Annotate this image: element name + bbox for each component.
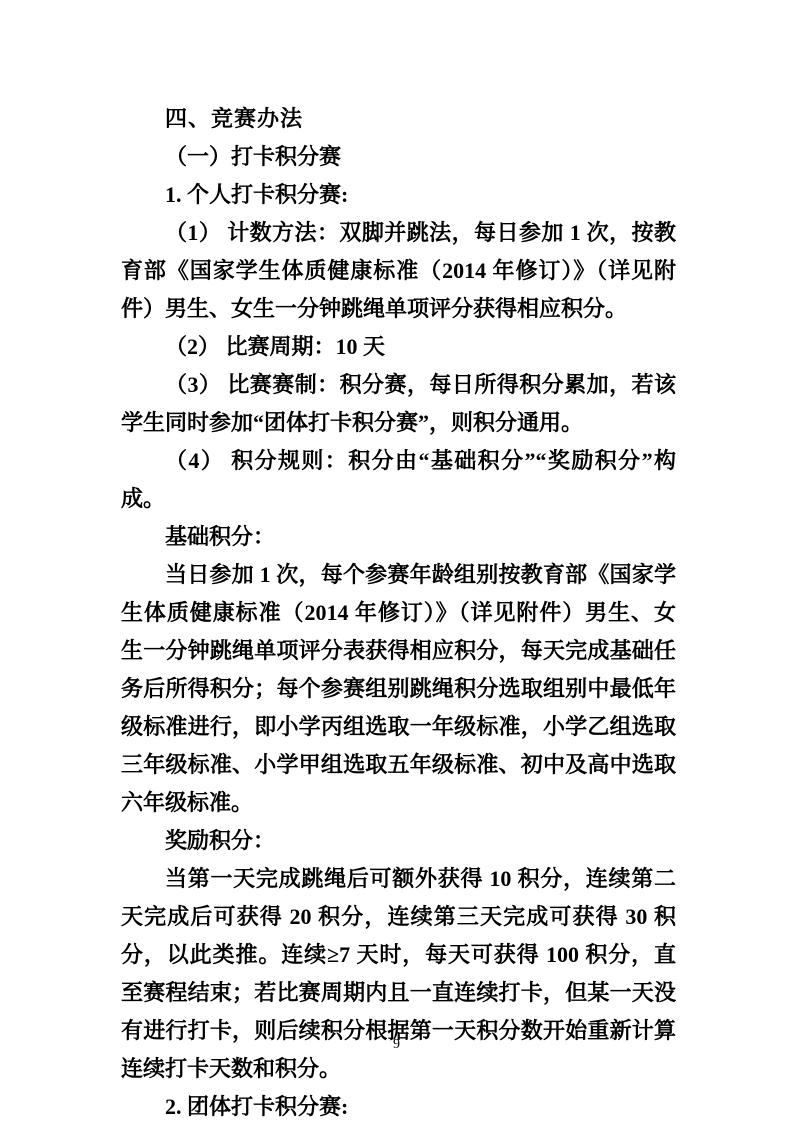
page-number: 9 [0, 1035, 793, 1055]
paragraph-competition-format: （3） 比赛赛制：积分赛，每日所得积分累加，若该学生同时参加“团体打卡积分赛”，… [121, 366, 676, 442]
subsection-heading: （一）打卡积分赛 [121, 138, 676, 176]
paragraph-competition-period: （2） 比赛周期：10 天 [121, 328, 676, 366]
item-heading-individual: 1. 个人打卡积分赛: [121, 176, 676, 214]
item-heading-team: 2. 团体打卡积分赛: [121, 1088, 676, 1122]
sub-label-base-points: 基础积分： [121, 518, 676, 556]
paragraph-counting-method: （1） 计数方法：双脚并跳法，每日参加 1 次，按教育部《国家学生体质健康标准（… [121, 214, 676, 328]
section-heading: 四、竞赛办法 [121, 100, 676, 138]
document-body: 四、竞赛办法 （一）打卡积分赛 1. 个人打卡积分赛: （1） 计数方法：双脚并… [121, 100, 676, 1122]
document-page: 四、竞赛办法 （一）打卡积分赛 1. 个人打卡积分赛: （1） 计数方法：双脚并… [0, 0, 793, 1122]
sub-label-bonus-points: 奖励积分： [121, 822, 676, 860]
paragraph-base-points-detail: 当日参加 1 次，每个参赛年龄组别按教育部《国家学生体质健康标准（2014 年修… [121, 556, 676, 822]
paragraph-scoring-rules: （4） 积分规则：积分由“基础积分”“奖励积分”构成。 [121, 442, 676, 518]
